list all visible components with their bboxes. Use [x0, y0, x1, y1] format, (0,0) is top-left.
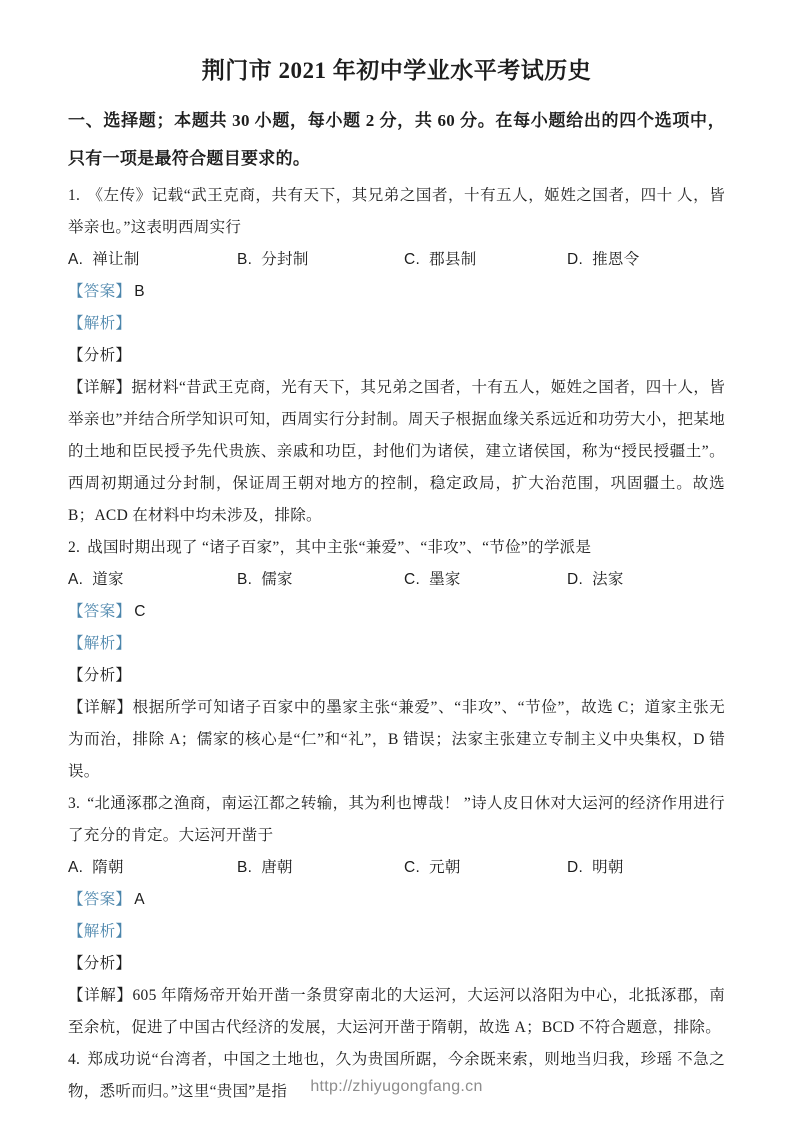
analysis-label: 【分析】	[68, 347, 131, 364]
option-d-label: D.	[567, 251, 583, 268]
answer-label: 【答案】	[68, 283, 131, 300]
option-c: C.墨家	[404, 564, 567, 596]
section-header: 一、选择题；本题共 30 小题，每小题 2 分，共 60 分。在每小题给出的四个…	[68, 102, 725, 178]
footer-url: http://zhiyugongfang.cn	[0, 1078, 793, 1096]
option-a-label: A.	[68, 859, 83, 876]
option-b: B.儒家	[237, 564, 404, 596]
question-block-4: 4.郑成功说“台湾者，中国之土地也，久为贵国所踞，今余既来索，则地当归我，珍瑶 …	[68, 1044, 725, 1108]
explanation-label: 【解析】	[68, 923, 131, 940]
question-stem-text: “北通涿郡之渔商，南运江都之转输，其为利也博哉！ ”诗人皮日休对大运河的经济作用…	[68, 795, 725, 844]
option-c-text: 墨家	[429, 571, 461, 588]
question-block-1: 1.《左传》记载“武王克商，共有天下，其兄弟之国者，十有五人，姬姓之国者，四十 …	[68, 180, 725, 532]
answer-line: 【答案】C	[68, 596, 725, 628]
option-a-label: A.	[68, 251, 83, 268]
answer-value: A	[134, 891, 145, 908]
analysis-line: 【分析】	[68, 340, 725, 372]
question-stem: 2.战国时期出现了 “诸子百家”，其中主张“兼爱”、“非攻”、“节俭”的学派是	[68, 532, 725, 564]
explanation-label: 【解析】	[68, 315, 131, 332]
option-a-text: 道家	[92, 571, 124, 588]
answer-value: B	[134, 283, 145, 300]
option-b-text: 儒家	[261, 571, 293, 588]
question-stem: 1.《左传》记载“武王克商，共有天下，其兄弟之国者，十有五人，姬姓之国者，四十 …	[68, 180, 725, 244]
option-c-text: 郡县制	[429, 251, 476, 268]
explanation-line: 【解析】	[68, 916, 725, 948]
analysis-line: 【分析】	[68, 948, 725, 980]
options-row: A.道家 B.儒家 C.墨家 D.法家	[68, 564, 725, 596]
detail-label: 【详解】	[68, 699, 133, 716]
option-d: D.法家	[567, 564, 725, 596]
explanation-label: 【解析】	[68, 635, 131, 652]
question-stem-text: 战国时期出现了 “诸子百家”，其中主张“兼爱”、“非攻”、“节俭”的学派是	[87, 539, 591, 556]
question-number: 4.	[68, 1051, 80, 1068]
answer-line: 【答案】B	[68, 276, 725, 308]
option-c-label: C.	[404, 571, 420, 588]
answer-label: 【答案】	[68, 603, 131, 620]
answer-value: C	[134, 603, 146, 620]
option-a: A.道家	[68, 564, 237, 596]
questions-container: 1.《左传》记载“武王克商，共有天下，其兄弟之国者，十有五人，姬姓之国者，四十 …	[68, 180, 725, 1108]
option-b-label: B.	[237, 571, 252, 588]
option-d-text: 推恩令	[592, 251, 639, 268]
option-b: B.分封制	[237, 244, 404, 276]
detail-text: 据材料“昔武王克商，光有天下，其兄弟之国者，十有五人，姬姓之国者，四十人，皆举亲…	[68, 379, 725, 524]
options-row: A.禅让制 B.分封制 C.郡县制 D.推恩令	[68, 244, 725, 276]
detail-paragraph: 【详解】根据所学可知诸子百家中的墨家主张“兼爱”、“非攻”、“节俭”，故选 C；…	[68, 692, 725, 788]
option-a: A.隋朝	[68, 852, 237, 884]
option-b: B.唐朝	[237, 852, 404, 884]
option-d-label: D.	[567, 859, 583, 876]
page-title: 荆门市 2021 年初中学业水平考试历史	[68, 54, 725, 88]
question-stem-text: 《左传》记载“武王克商，共有天下，其兄弟之国者，十有五人，姬姓之国者，四十 人，…	[68, 187, 725, 236]
option-c-label: C.	[404, 859, 420, 876]
option-d: D.推恩令	[567, 244, 725, 276]
question-number: 1.	[68, 187, 80, 204]
explanation-line: 【解析】	[68, 308, 725, 340]
document-page: 荆门市 2021 年初中学业水平考试历史 一、选择题；本题共 30 小题，每小题…	[0, 0, 793, 1108]
option-c-label: C.	[404, 251, 420, 268]
option-b-label: B.	[237, 251, 252, 268]
analysis-label: 【分析】	[68, 955, 131, 972]
detail-text: 605 年隋炀帝开始开凿一条贯穿南北的大运河，大运河以洛阳为中心，北抵涿郡，南至…	[68, 987, 725, 1036]
option-a-label: A.	[68, 571, 83, 588]
detail-label: 【详解】	[68, 987, 132, 1004]
option-c-text: 元朝	[429, 859, 461, 876]
analysis-line: 【分析】	[68, 660, 725, 692]
options-row: A.隋朝 B.唐朝 C.元朝 D.明朝	[68, 852, 725, 884]
detail-paragraph: 【详解】据材料“昔武王克商，光有天下，其兄弟之国者，十有五人，姬姓之国者，四十人…	[68, 372, 725, 532]
option-a-text: 禅让制	[92, 251, 139, 268]
option-d-label: D.	[567, 571, 583, 588]
option-a: A.禅让制	[68, 244, 237, 276]
answer-label: 【答案】	[68, 891, 131, 908]
question-stem: 4.郑成功说“台湾者，中国之土地也，久为贵国所踞，今余既来索，则地当归我，珍瑶 …	[68, 1044, 725, 1108]
question-number: 3.	[68, 795, 80, 812]
question-stem: 3.“北通涿郡之渔商，南运江都之转输，其为利也博哉！ ”诗人皮日休对大运河的经济…	[68, 788, 725, 852]
option-b-text: 唐朝	[261, 859, 293, 876]
option-d: D.明朝	[567, 852, 725, 884]
option-d-text: 明朝	[592, 859, 624, 876]
detail-text: 根据所学可知诸子百家中的墨家主张“兼爱”、“非攻”、“节俭”，故选 C；道家主张…	[68, 699, 725, 780]
detail-label: 【详解】	[68, 379, 131, 396]
option-b-text: 分封制	[261, 251, 308, 268]
answer-line: 【答案】A	[68, 884, 725, 916]
question-block-2: 2.战国时期出现了 “诸子百家”，其中主张“兼爱”、“非攻”、“节俭”的学派是 …	[68, 532, 725, 788]
question-block-3: 3.“北通涿郡之渔商，南运江都之转输，其为利也博哉！ ”诗人皮日休对大运河的经济…	[68, 788, 725, 1044]
option-d-text: 法家	[592, 571, 624, 588]
option-c: C.郡县制	[404, 244, 567, 276]
detail-paragraph: 【详解】605 年隋炀帝开始开凿一条贯穿南北的大运河，大运河以洛阳为中心，北抵涿…	[68, 980, 725, 1044]
option-c: C.元朝	[404, 852, 567, 884]
explanation-line: 【解析】	[68, 628, 725, 660]
option-b-label: B.	[237, 859, 252, 876]
option-a-text: 隋朝	[92, 859, 124, 876]
analysis-label: 【分析】	[68, 667, 131, 684]
question-number: 2.	[68, 539, 80, 556]
